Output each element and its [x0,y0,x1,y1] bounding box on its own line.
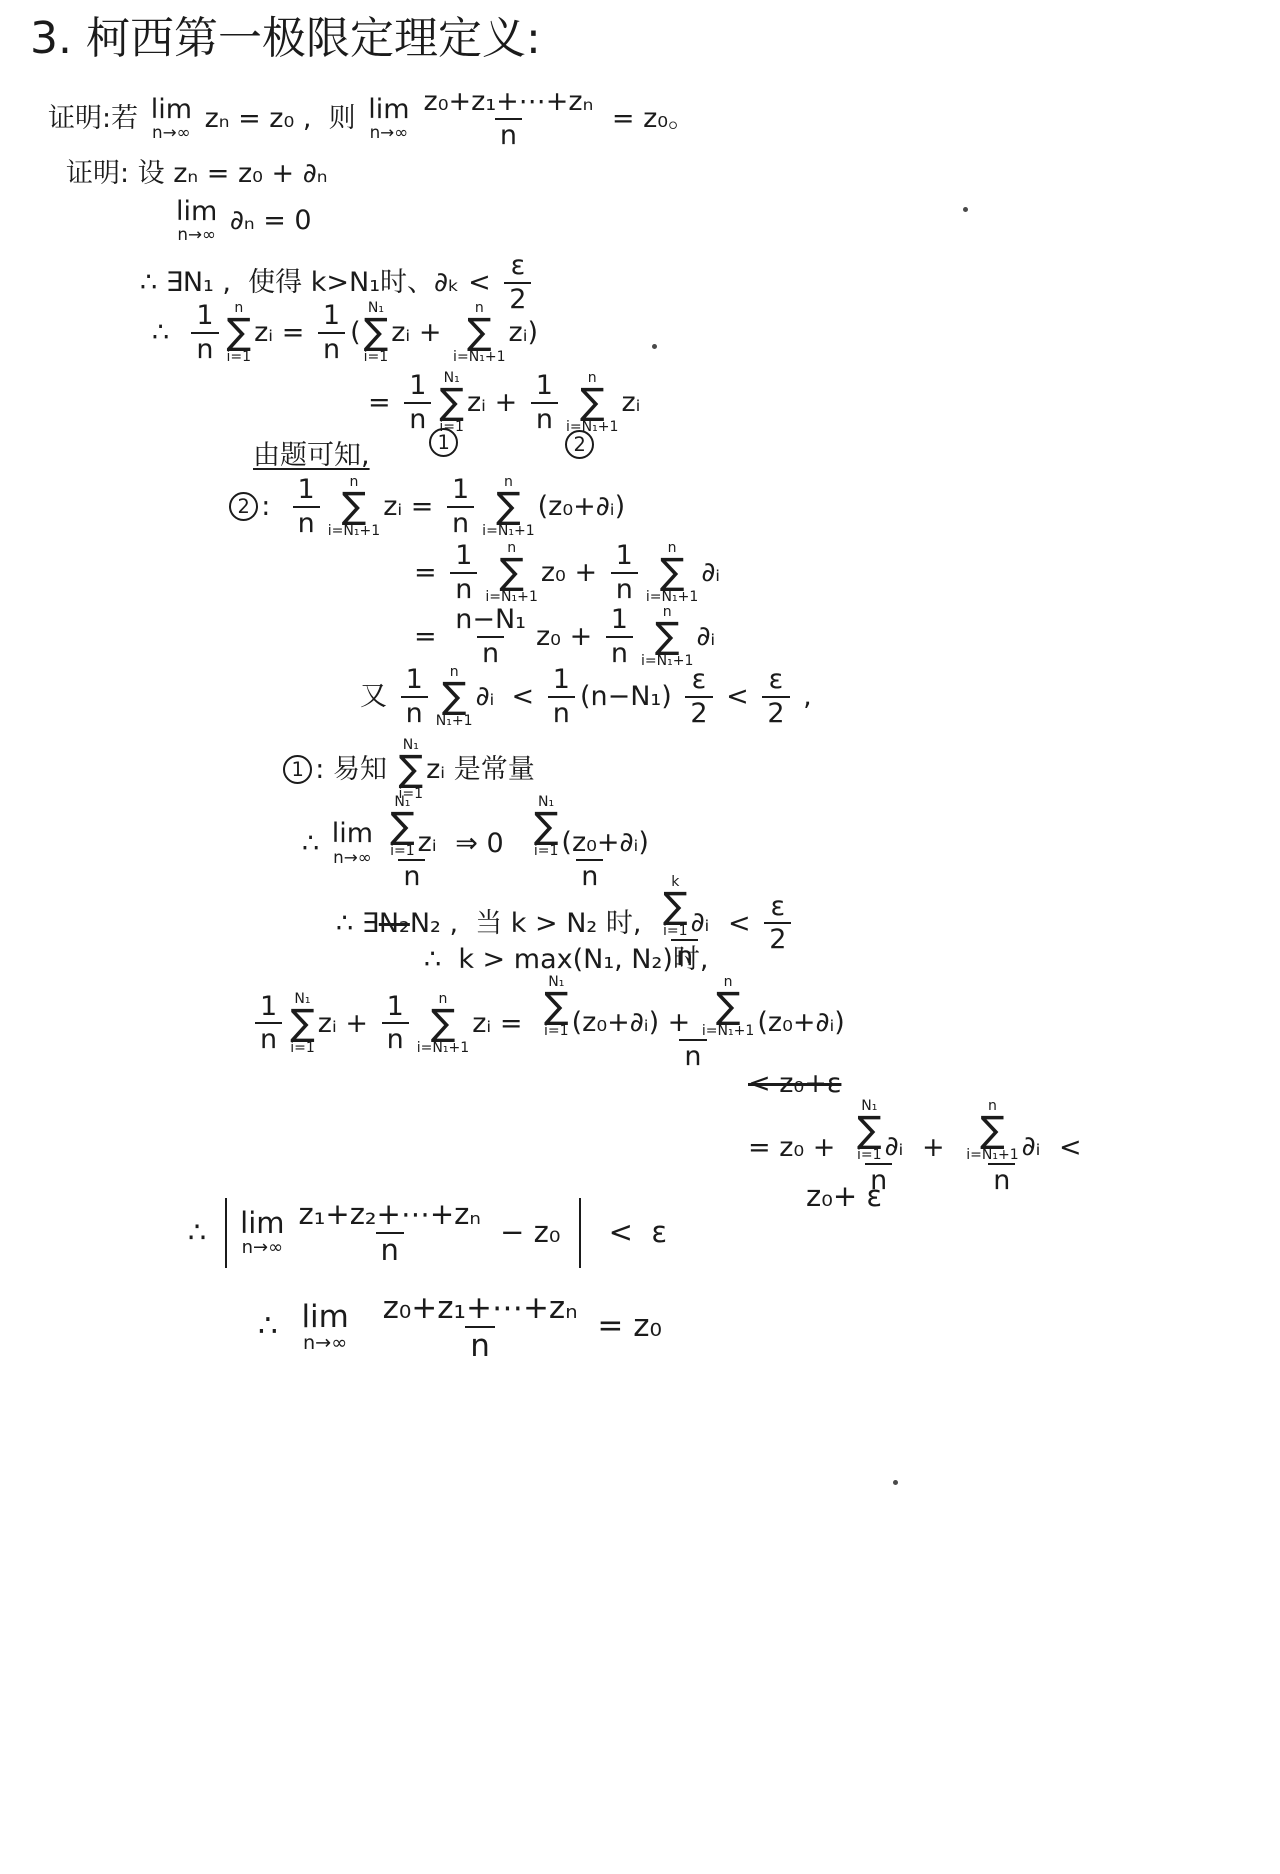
summation-lower-limit: i=1 [390,844,415,858]
fraction-numerator: ε [506,250,531,282]
strikethrough-text: < z₀+ε [748,1068,841,1099]
k-greater-max: ∴ k > max(N₁, N₂)时, [424,944,708,975]
fraction-numerator: N₁∑i=1zᵢ [382,794,442,859]
sigma-symbol: ∑ [227,315,252,350]
limit-subscript: n→∞ [370,124,409,142]
part2-substitute: 2: 1nn∑i=N₁+1zᵢ = 1nn∑i=N₁+1(z₀+∂ᵢ) [226,474,625,539]
page-title: 3. 柯西第一极限定理定义: [30,14,541,65]
math-text: : 易知 [315,754,395,785]
summation: n∑i=N₁+1 [482,475,534,538]
circled-number: 1 [283,755,312,784]
fraction-denominator: 2 [762,696,789,730]
sigma-symbol: ∑ [716,989,741,1024]
fraction: 1n [382,991,409,1056]
summation-lower-limit: i=N₁+1 [482,524,534,538]
limit-of-remainder: limn→∞ ∂ₙ = 0 [172,198,312,244]
fraction-denominator: n [191,332,218,366]
sigma-symbol: ∑ [534,809,559,844]
math-text: ε [511,251,526,281]
math-text: 1 [260,992,277,1022]
fraction-denominator: 2 [685,696,712,730]
math-text: 2 [767,699,784,729]
math-text: n [500,121,517,151]
math-text: n [536,405,553,435]
math-text: = [368,387,399,418]
summation: n∑i=N₁+1 [453,301,505,364]
math-text: n [993,1166,1010,1196]
label-circle-1: 1 [426,428,461,457]
limit-word: lim [176,198,217,226]
math-text: n [455,575,472,605]
math-text: = z₀ + [748,1132,844,1163]
fraction-numerator: 1 [191,300,218,332]
limit-operator: limn→∞ [240,1208,284,1257]
fraction-numerator: 1 [255,991,282,1023]
summation-lower-limit: i=N₁+1 [417,1041,469,1055]
math-text: n−N₁ [455,605,526,635]
underlined-text: 由题可知, [253,440,370,471]
math-text: ∴ [302,828,328,859]
math-text: ε [770,892,785,922]
math-text: 1 [406,665,423,695]
math-text: : [261,491,287,522]
math-text: < [719,908,759,939]
fraction-numerator: 1 [611,540,638,572]
math-text: ∂ᵢ [696,621,715,652]
summation-lower-limit: i=N₁+1 [328,524,380,538]
absolute-value-bar [579,1198,582,1268]
math-text: ∂ᵢ < [476,681,543,712]
fraction-numerator: N₁∑i=1(z₀+∂ᵢ) [526,794,654,859]
fraction: 1n [404,370,431,435]
math-text: 2 [690,699,707,729]
summation: N₁∑i=1 [364,301,389,364]
part2-split: = 1nn∑i=N₁+1z₀ + 1nn∑i=N₁+1∂ᵢ [414,540,720,605]
sigma-symbol: ∑ [399,752,424,787]
notebook-page: 3. 柯西第一极限定理定义:证明:若 limn→∞ zₙ = z₀ , 则 li… [0,0,1280,1874]
fraction-numerator: ε [687,664,712,696]
math-text: 1 [298,475,315,505]
math-text: 1 [409,371,426,401]
math-text: ∴ k > max(N₁, N₂)时, [424,944,708,975]
summation-lower-limit: i=N₁+1 [453,350,505,364]
fraction-denominator: n [382,1022,409,1056]
math-text: ∂ᵢ [691,908,710,938]
math-text: 1 [611,605,628,635]
fraction: 1n [531,370,558,435]
fraction: 1n [606,604,633,669]
fraction-denominator: n [450,572,477,606]
summation: N₁∑i=1 [439,371,464,434]
sigma-symbol: ∑ [980,1113,1005,1148]
summation: n∑i=N₁+1 [417,992,469,1055]
math-text: ∴ ∃N₁ , 使得 k>N₁时、∂ₖ < [140,267,499,298]
sigma-symbol: ∑ [544,989,569,1024]
summation-lower-limit: i=1 [857,1148,882,1162]
absolute-value-bar [225,1198,228,1268]
fraction-denominator: n [611,572,638,606]
math-text: 1 [452,475,469,505]
summation: N₁∑i=1 [290,992,315,1055]
summation-lower-limit: N₁+1 [436,714,473,728]
fraction-denominator: n [531,402,558,436]
fraction: n−N₁n [450,604,531,669]
fraction-numerator: 1 [293,474,320,506]
math-text: n [406,699,423,729]
fraction-numerator: z₁+z₂+⋯+zₙ [294,1198,486,1232]
sigma-symbol: ∑ [290,1006,315,1041]
math-text: 1 [553,665,570,695]
math-text: 1 [323,301,340,331]
math-text: ∂ₙ = 0 [221,205,311,236]
math-text: 证明:若 [48,103,147,134]
limit-word: lim [151,96,192,124]
fraction: z₀+z₁+⋯+zₙn [419,86,599,151]
summation-lower-limit: i=N₁+1 [646,590,698,604]
math-text: 又 [360,681,396,712]
fraction-denominator: n [495,118,522,152]
math-text: zᵢ = [472,1008,531,1039]
split-sum-expanded: = 1nN₁∑i=1zᵢ + 1nn∑i=N₁+1zᵢ [368,370,640,435]
math-text: ∴ ∃ [336,908,379,939]
math-text: zᵢ [621,387,640,418]
math-text: = [414,557,445,588]
label-circle-2: 2 [562,430,597,459]
fraction: 1n [255,991,282,1056]
fraction-numerator: N₁∑i=1(z₀+∂ᵢ) + n∑i=N₁+1(z₀+∂ᵢ) [536,974,850,1039]
fraction-numerator: n∑i=N₁+1∂ᵢ [958,1098,1045,1163]
summation-lower-limit: i=1 [534,844,559,858]
sigma-symbol: ∑ [431,1006,456,1041]
math-text: = z₀。 [603,103,695,134]
fraction-numerator: k∑i=1∂ᵢ [655,874,714,939]
math-text: n [260,1025,277,1055]
summation-lower-limit: i=N₁+1 [702,1024,754,1038]
limit-subscript: n→∞ [303,1333,347,1353]
sigma-symbol: ∑ [660,555,685,590]
math-text: ( [350,317,361,348]
ink-speck [963,207,968,212]
math-text: − z₀ [491,1216,570,1249]
summation-lower-limit: i=N₁+1 [966,1148,1018,1162]
math-text: < ε [590,1216,667,1249]
fraction: 1n [450,540,477,605]
sigma-symbol: ∑ [580,385,605,420]
summation-lower-limit: i=N₁+1 [485,590,537,604]
limit-subscript: n→∞ [177,226,216,244]
fraction-numerator: 1 [548,664,575,696]
math-text: n [381,1235,399,1267]
fraction: ε2 [762,664,789,729]
fraction: ε2 [764,891,791,956]
fraction-numerator: 1 [382,991,409,1023]
sigma-symbol: ∑ [857,1113,882,1148]
summation: N₁∑i=1 [544,975,569,1038]
sigma-symbol: ∑ [390,809,415,844]
fraction-numerator: 1 [606,604,633,636]
math-text: (z₀+∂ᵢ) [757,1008,844,1038]
limit-operator: limn→∞ [176,198,217,244]
fraction: z₀+z₁+⋯+zₙn [378,1290,583,1364]
fraction: 1n [293,474,320,539]
fraction-denominator: n [988,1163,1015,1197]
strikethrough-text: N₂ [379,908,410,939]
fraction: 1n [611,540,638,605]
fraction-numerator: n−N₁ [450,604,531,636]
limit-subscript: n→∞ [152,124,191,142]
limit-subscript: n→∞ [333,849,372,867]
math-text: zₙ = z₀ , 则 [196,103,364,134]
sigma-symbol: ∑ [496,489,521,524]
math-text: zᵢ + [467,387,526,418]
summation: n∑i=N₁+1 [328,475,380,538]
math-text: n [298,509,315,539]
math-text: ∴ [152,317,186,348]
absolute-difference: ∴ limn→∞z₁+z₂+⋯+zₙn − z₀ < ε [188,1198,667,1268]
sigma-symbol: ∑ [442,679,467,714]
split-sum: ∴ 1nn∑i=1zᵢ = 1n(N₁∑i=1zᵢ + n∑i=N₁+1zᵢ) [152,300,538,365]
conclusion: ∴ limn→∞ z₀+z₁+⋯+zₙn = z₀ [258,1290,662,1364]
math-text: n [196,335,213,365]
limit-operator: limn→∞ [332,820,373,866]
combined-sum: 1nN₁∑i=1zᵢ + 1nn∑i=N₁+1zᵢ = N₁∑i=1(z₀+∂ᵢ… [250,974,855,1072]
summation: N₁∑i=1 [857,1099,882,1162]
math-text: ∴ [258,1309,297,1345]
math-text: n [409,405,426,435]
fraction-numerator: z₀+z₁+⋯+zₙ [378,1290,583,1326]
fraction-numerator: 1 [447,474,474,506]
math-text: + [913,1132,953,1163]
math-text: 3. 柯西第一极限定理定义: [30,14,541,65]
math-text: 2 [769,925,786,955]
fraction-denominator: n [401,696,428,730]
math-text: z₀ + [541,557,606,588]
math-text: zᵢ [418,828,437,858]
summation: n∑i=N₁+1 [966,1099,1018,1162]
theorem-statement: 证明:若 limn→∞ zₙ = z₀ , 则 limn→∞z₀+z₁+⋯+zₙ… [48,86,695,151]
math-text: 1 [536,371,553,401]
fraction-denominator: n [548,696,575,730]
fraction: 1n [548,664,575,729]
math-text: (z₀+∂ᵢ) [538,491,625,522]
math-text: n [387,1025,404,1055]
math-text: zᵢ = [254,317,313,348]
part2-simplified: = n−N₁nz₀ + 1nn∑i=N₁+1∂ᵢ [414,604,715,669]
summation: N₁∑i=1 [534,795,559,858]
summation-lower-limit: i=1 [364,350,389,364]
summation-lower-limit: i=1 [663,924,688,938]
math-text: n [684,1042,701,1072]
ink-speck [652,344,657,349]
fraction-numerator: ε [765,891,790,923]
math-text: ∂ᵢ [701,557,720,588]
summation: N₁∑i=1 [390,795,415,858]
fraction-numerator: 1 [401,664,428,696]
math-text: N₂ , 当 k > N₂ 时, [410,908,650,939]
fraction-numerator: 1 [450,540,477,572]
fraction: 1n [447,474,474,539]
sigma-symbol: ∑ [342,489,367,524]
summation: N₁∑i=1 [399,738,424,801]
summation: n∑i=1 [227,301,252,364]
summation: n∑i=N₁+1 [702,975,754,1038]
math-text: n [553,699,570,729]
math-text: = [414,621,445,652]
sigma-symbol: ∑ [439,385,464,420]
part1-constant: 1: 易知 N₁∑i=1zᵢ 是常量 [280,738,535,801]
fraction: N₁∑i=1(z₀+∂ᵢ) + n∑i=N₁+1(z₀+∂ᵢ)n [536,974,850,1072]
fraction-denominator: n [293,506,320,540]
math-text: < [718,681,758,712]
ink-speck [893,1480,898,1485]
math-text: z₀ + [536,621,601,652]
math-text: 1 [196,301,213,331]
sigma-symbol: ∑ [663,889,688,924]
math-text [353,1309,373,1345]
sigma-symbol: ∑ [655,619,680,654]
math-text: zᵢ) [509,317,539,348]
math-text: n [323,335,340,365]
math-text: , [795,681,812,712]
math-text: ε [769,665,784,695]
circled-number: 1 [429,428,458,457]
math-text: ∴ [188,1216,216,1249]
limit-operator: limn→∞ [151,96,192,142]
math-text: (z₀+∂ᵢ) + [572,1008,699,1038]
sigma-symbol: ∑ [467,315,492,350]
limit-subscript: n→∞ [242,1239,283,1258]
math-text: = z₀ [588,1309,662,1345]
sigma-symbol: ∑ [499,555,524,590]
limit-operator: limn→∞ [301,1301,348,1354]
math-text: ∂ᵢ [1022,1132,1041,1162]
fraction: 1n [401,664,428,729]
proof-setup: 证明: 设 zₙ = z₀ + ∂ₙ [66,158,327,189]
fraction-numerator: ε [764,664,789,696]
summation: n∑N₁+1 [436,665,473,728]
math-text: (z₀+∂ᵢ) [561,828,648,858]
sigma-symbol: ∑ [364,315,389,350]
by-hypothesis: 由题可知, [253,440,370,471]
math-text: z₀+ ε [806,1180,882,1213]
math-text: z₀+z₁+⋯+zₙ [383,1291,578,1325]
math-text: < [1050,1132,1081,1163]
fraction-numerator: N₁∑i=1∂ᵢ [849,1098,908,1163]
circled-number: 2 [565,430,594,459]
math-text: 1 [616,541,633,571]
circled-number: 2 [229,492,258,521]
summation: k∑i=1 [663,875,688,938]
math-text: 1 [455,541,472,571]
math-text: n [452,509,469,539]
fraction-denominator: n [679,1039,706,1073]
summation-lower-limit: i=1 [544,1024,569,1038]
fraction: 1n [191,300,218,365]
fraction-denominator: n [318,332,345,366]
math-text: ⇒ 0 [447,828,521,859]
fraction-denominator: n [447,506,474,540]
math-text: zᵢ + [391,317,450,348]
math-text: (n−N₁) [580,681,680,712]
fraction-numerator: 1 [404,370,431,402]
math-text: n [616,575,633,605]
summation: n∑i=N₁+1 [566,371,618,434]
math-text: n [470,1329,490,1363]
summation-lower-limit: i=1 [290,1041,315,1055]
limit-word: lim [301,1301,348,1334]
limit-operator: limn→∞ [368,96,409,142]
summation-lower-limit: i=1 [227,350,252,364]
math-text: zᵢ 是常量 [426,754,535,785]
fraction-numerator: 1 [318,300,345,332]
math-text: z₁+z₂+⋯+zₙ [299,1199,481,1231]
fraction: n∑i=N₁+1∂ᵢn [958,1098,1045,1196]
limit-word: lim [368,96,409,124]
math-text: ε [692,665,707,695]
fraction: z₁+z₂+⋯+zₙn [294,1198,486,1268]
fraction-denominator: 2 [764,922,791,956]
fraction-denominator: n [465,1326,495,1364]
math-text: zᵢ + [318,1008,377,1039]
bound-value: z₀+ ε [806,1180,882,1213]
fraction-denominator: n [376,1232,404,1268]
summation: n∑i=N₁+1 [485,541,537,604]
limit-word: lim [240,1208,284,1238]
math-text: ∂ᵢ [885,1132,904,1162]
summation: n∑i=N₁+1 [646,541,698,604]
math-text: z₀+z₁+⋯+zₙ [424,87,594,117]
crossed-out-bound: < z₀+ε [748,1068,841,1099]
math-text: 1 [387,992,404,1022]
fraction: 1n [318,300,345,365]
fraction-denominator: n [255,1022,282,1056]
fraction-numerator: z₀+z₁+⋯+zₙ [419,86,599,118]
math-text: 证明: 设 zₙ = z₀ + ∂ₙ [66,158,327,189]
fraction-numerator: 1 [531,370,558,402]
part2-bound: 又 1nn∑N₁+1∂ᵢ < 1n(n−N₁) ε2 < ε2 , [360,664,812,729]
summation: n∑i=N₁+1 [641,605,693,668]
fraction: ε2 [685,664,712,729]
final-decomposition: = z₀ + N₁∑i=1∂ᵢn + n∑i=N₁+1∂ᵢn < [748,1098,1082,1196]
limit-word: lim [332,820,373,848]
math-text: zᵢ = [383,491,442,522]
